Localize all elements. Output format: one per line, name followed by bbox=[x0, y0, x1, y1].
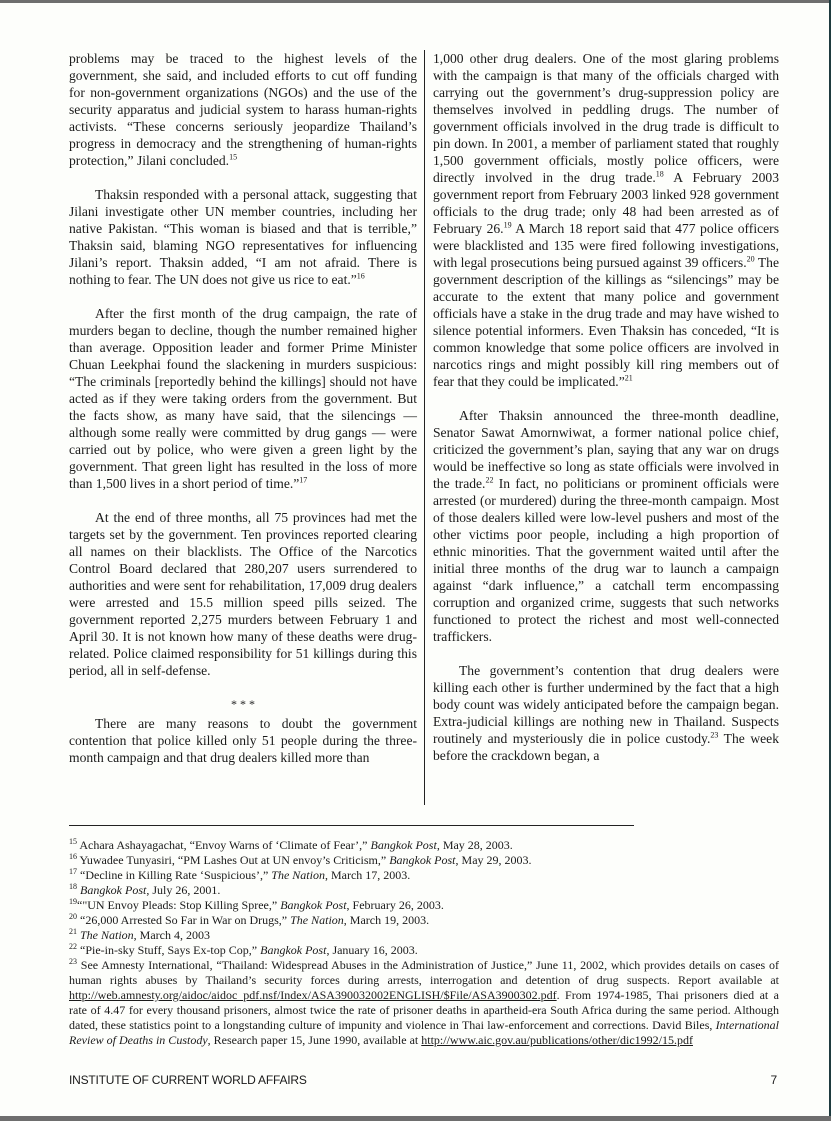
footnote-ref[interactable]: 20 bbox=[747, 254, 755, 263]
footnote-text: , March 19, 2003. bbox=[344, 913, 429, 927]
footnote-21: 21 The Nation, March 4, 2003 bbox=[69, 928, 779, 943]
footnote-source: The Nation bbox=[290, 913, 344, 927]
footnote-ref[interactable]: 18 bbox=[656, 169, 664, 178]
page-number: 7 bbox=[771, 1073, 777, 1087]
footnote-ref[interactable]: 16 bbox=[357, 271, 365, 280]
footnote-text: , July 26, 2001. bbox=[146, 883, 220, 897]
footnote-text: “26,000 Arrested So Far in War on Drugs,… bbox=[77, 913, 290, 927]
footnote-source: Bangkok Post bbox=[80, 883, 146, 897]
paragraph-text: After the first month of the drug campai… bbox=[69, 306, 417, 491]
paragraph: After the first month of the drug campai… bbox=[69, 305, 417, 492]
footnote-source: Bangkok Post bbox=[370, 838, 436, 852]
footnote-text: Yuwadee Tunyasiri, “PM Lashes Out at UN … bbox=[77, 853, 389, 867]
footnote-text: Achara Ashayagachat, “Envoy Warns of ‘Cl… bbox=[77, 838, 370, 852]
footnote-text: See Amnesty International, “Thailand: Wi… bbox=[69, 958, 779, 987]
amnesty-report-link[interactable]: http://web.amnesty.org/aidoc/aidoc_pdf.n… bbox=[69, 988, 557, 1002]
footnote-17: 17 “Decline in Killing Rate ‘Suspicious’… bbox=[69, 868, 779, 883]
footnote-number: 16 bbox=[69, 852, 77, 861]
left-column: problems may be traced to the highest le… bbox=[69, 50, 417, 766]
footnote-source: The Nation bbox=[271, 868, 325, 882]
footnote-19: 19“"UN Envoy Pleads: Stop Killing Spree,… bbox=[69, 898, 779, 913]
paragraph-text: 1,000 other drug dealers. One of the mos… bbox=[433, 51, 779, 185]
footnote-18: 18 Bangkok Post, July 26, 2001. bbox=[69, 883, 779, 898]
paragraph-text: Thaksin responded with a personal attack… bbox=[69, 187, 417, 287]
footnote-22: 22 “Pie-in-sky Stuff, Says Ex-top Cop,” … bbox=[69, 943, 779, 958]
footnote-number: 17 bbox=[69, 867, 77, 876]
paragraph-text: In fact, no politicians or prominent off… bbox=[433, 476, 779, 644]
footnote-source: Bangkok Post bbox=[389, 853, 455, 867]
paragraph: 1,000 other drug dealers. One of the mos… bbox=[433, 50, 779, 390]
footnote-ref[interactable]: 15 bbox=[229, 152, 237, 161]
footnote-ref[interactable]: 19 bbox=[504, 220, 512, 229]
column-divider bbox=[424, 50, 425, 805]
right-column: 1,000 other drug dealers. One of the mos… bbox=[433, 50, 779, 764]
footnote-number: 23 bbox=[69, 957, 77, 966]
viewer-bottom-bar bbox=[0, 1116, 831, 1121]
paragraph: Thaksin responded with a personal attack… bbox=[69, 186, 417, 288]
footnote-text: , February 26, 2003. bbox=[347, 898, 444, 912]
footnote-number: 19 bbox=[69, 897, 77, 906]
footnote-source: Bangkok Post bbox=[280, 898, 346, 912]
footnote-source: The Nation bbox=[80, 928, 134, 942]
footnote-number: 21 bbox=[69, 927, 77, 936]
footnote-text: , May 28, 2003. bbox=[437, 838, 513, 852]
footnote-text: , May 29, 2003. bbox=[456, 853, 532, 867]
footnote-number: 22 bbox=[69, 942, 77, 951]
footnote-23: 23 See Amnesty International, “Thailand:… bbox=[69, 958, 779, 1048]
paragraph: At the end of three months, all 75 provi… bbox=[69, 509, 417, 679]
footnote-ref[interactable]: 21 bbox=[625, 373, 633, 382]
footnote-number: 20 bbox=[69, 912, 77, 921]
aic-publication-link[interactable]: http://www.aic.gov.au/publications/other… bbox=[421, 1033, 693, 1047]
footnote-rule bbox=[69, 825, 634, 826]
footnotes: 15 Achara Ashayagachat, “Envoy Warns of … bbox=[69, 838, 779, 1048]
footnote-text: , January 16, 2003. bbox=[326, 943, 417, 957]
footnote-15: 15 Achara Ashayagachat, “Envoy Warns of … bbox=[69, 838, 779, 853]
paragraph-text: There are many reasons to doubt the gove… bbox=[69, 716, 417, 765]
footer-organization: INSTITUTE OF CURRENT WORLD AFFAIRS bbox=[69, 1073, 307, 1087]
footnote-number: 15 bbox=[69, 837, 77, 846]
paragraph: After Thaksin announced the three-month … bbox=[433, 407, 779, 645]
viewer-top-bar bbox=[0, 0, 831, 3]
footnote-text: “"UN Envoy Pleads: Stop Killing Spree,” bbox=[77, 898, 280, 912]
paragraph: The government’s contention that drug de… bbox=[433, 662, 779, 764]
footnote-text: “Decline in Killing Rate ‘Suspicious’,” bbox=[77, 868, 271, 882]
footnote-number: 18 bbox=[69, 882, 77, 891]
footnote-text: , March 17, 2003. bbox=[325, 868, 410, 882]
paragraph: There are many reasons to doubt the gove… bbox=[69, 715, 417, 766]
paragraph: problems may be traced to the highest le… bbox=[69, 50, 417, 169]
paragraph-text: The government description of the killin… bbox=[433, 255, 779, 389]
footnote-text: , Research paper 15, June 1990, availabl… bbox=[208, 1033, 422, 1047]
footnote-text: “Pie-in-sky Stuff, Says Ex-top Cop,” bbox=[77, 943, 260, 957]
footnote-20: 20 “26,000 Arrested So Far in War on Dru… bbox=[69, 913, 779, 928]
section-separator: * * * bbox=[69, 696, 417, 713]
paragraph-text: At the end of three months, all 75 provi… bbox=[69, 510, 417, 678]
paragraph-text: problems may be traced to the highest le… bbox=[69, 51, 417, 168]
footnote-ref[interactable]: 17 bbox=[299, 475, 307, 484]
page-footer: INSTITUTE OF CURRENT WORLD AFFAIRS 7 bbox=[69, 1073, 777, 1089]
footnote-text: , March 4, 2003 bbox=[134, 928, 210, 942]
footnote-source: Bangkok Post bbox=[260, 943, 326, 957]
footnote-16: 16 Yuwadee Tunyasiri, “PM Lashes Out at … bbox=[69, 853, 779, 868]
